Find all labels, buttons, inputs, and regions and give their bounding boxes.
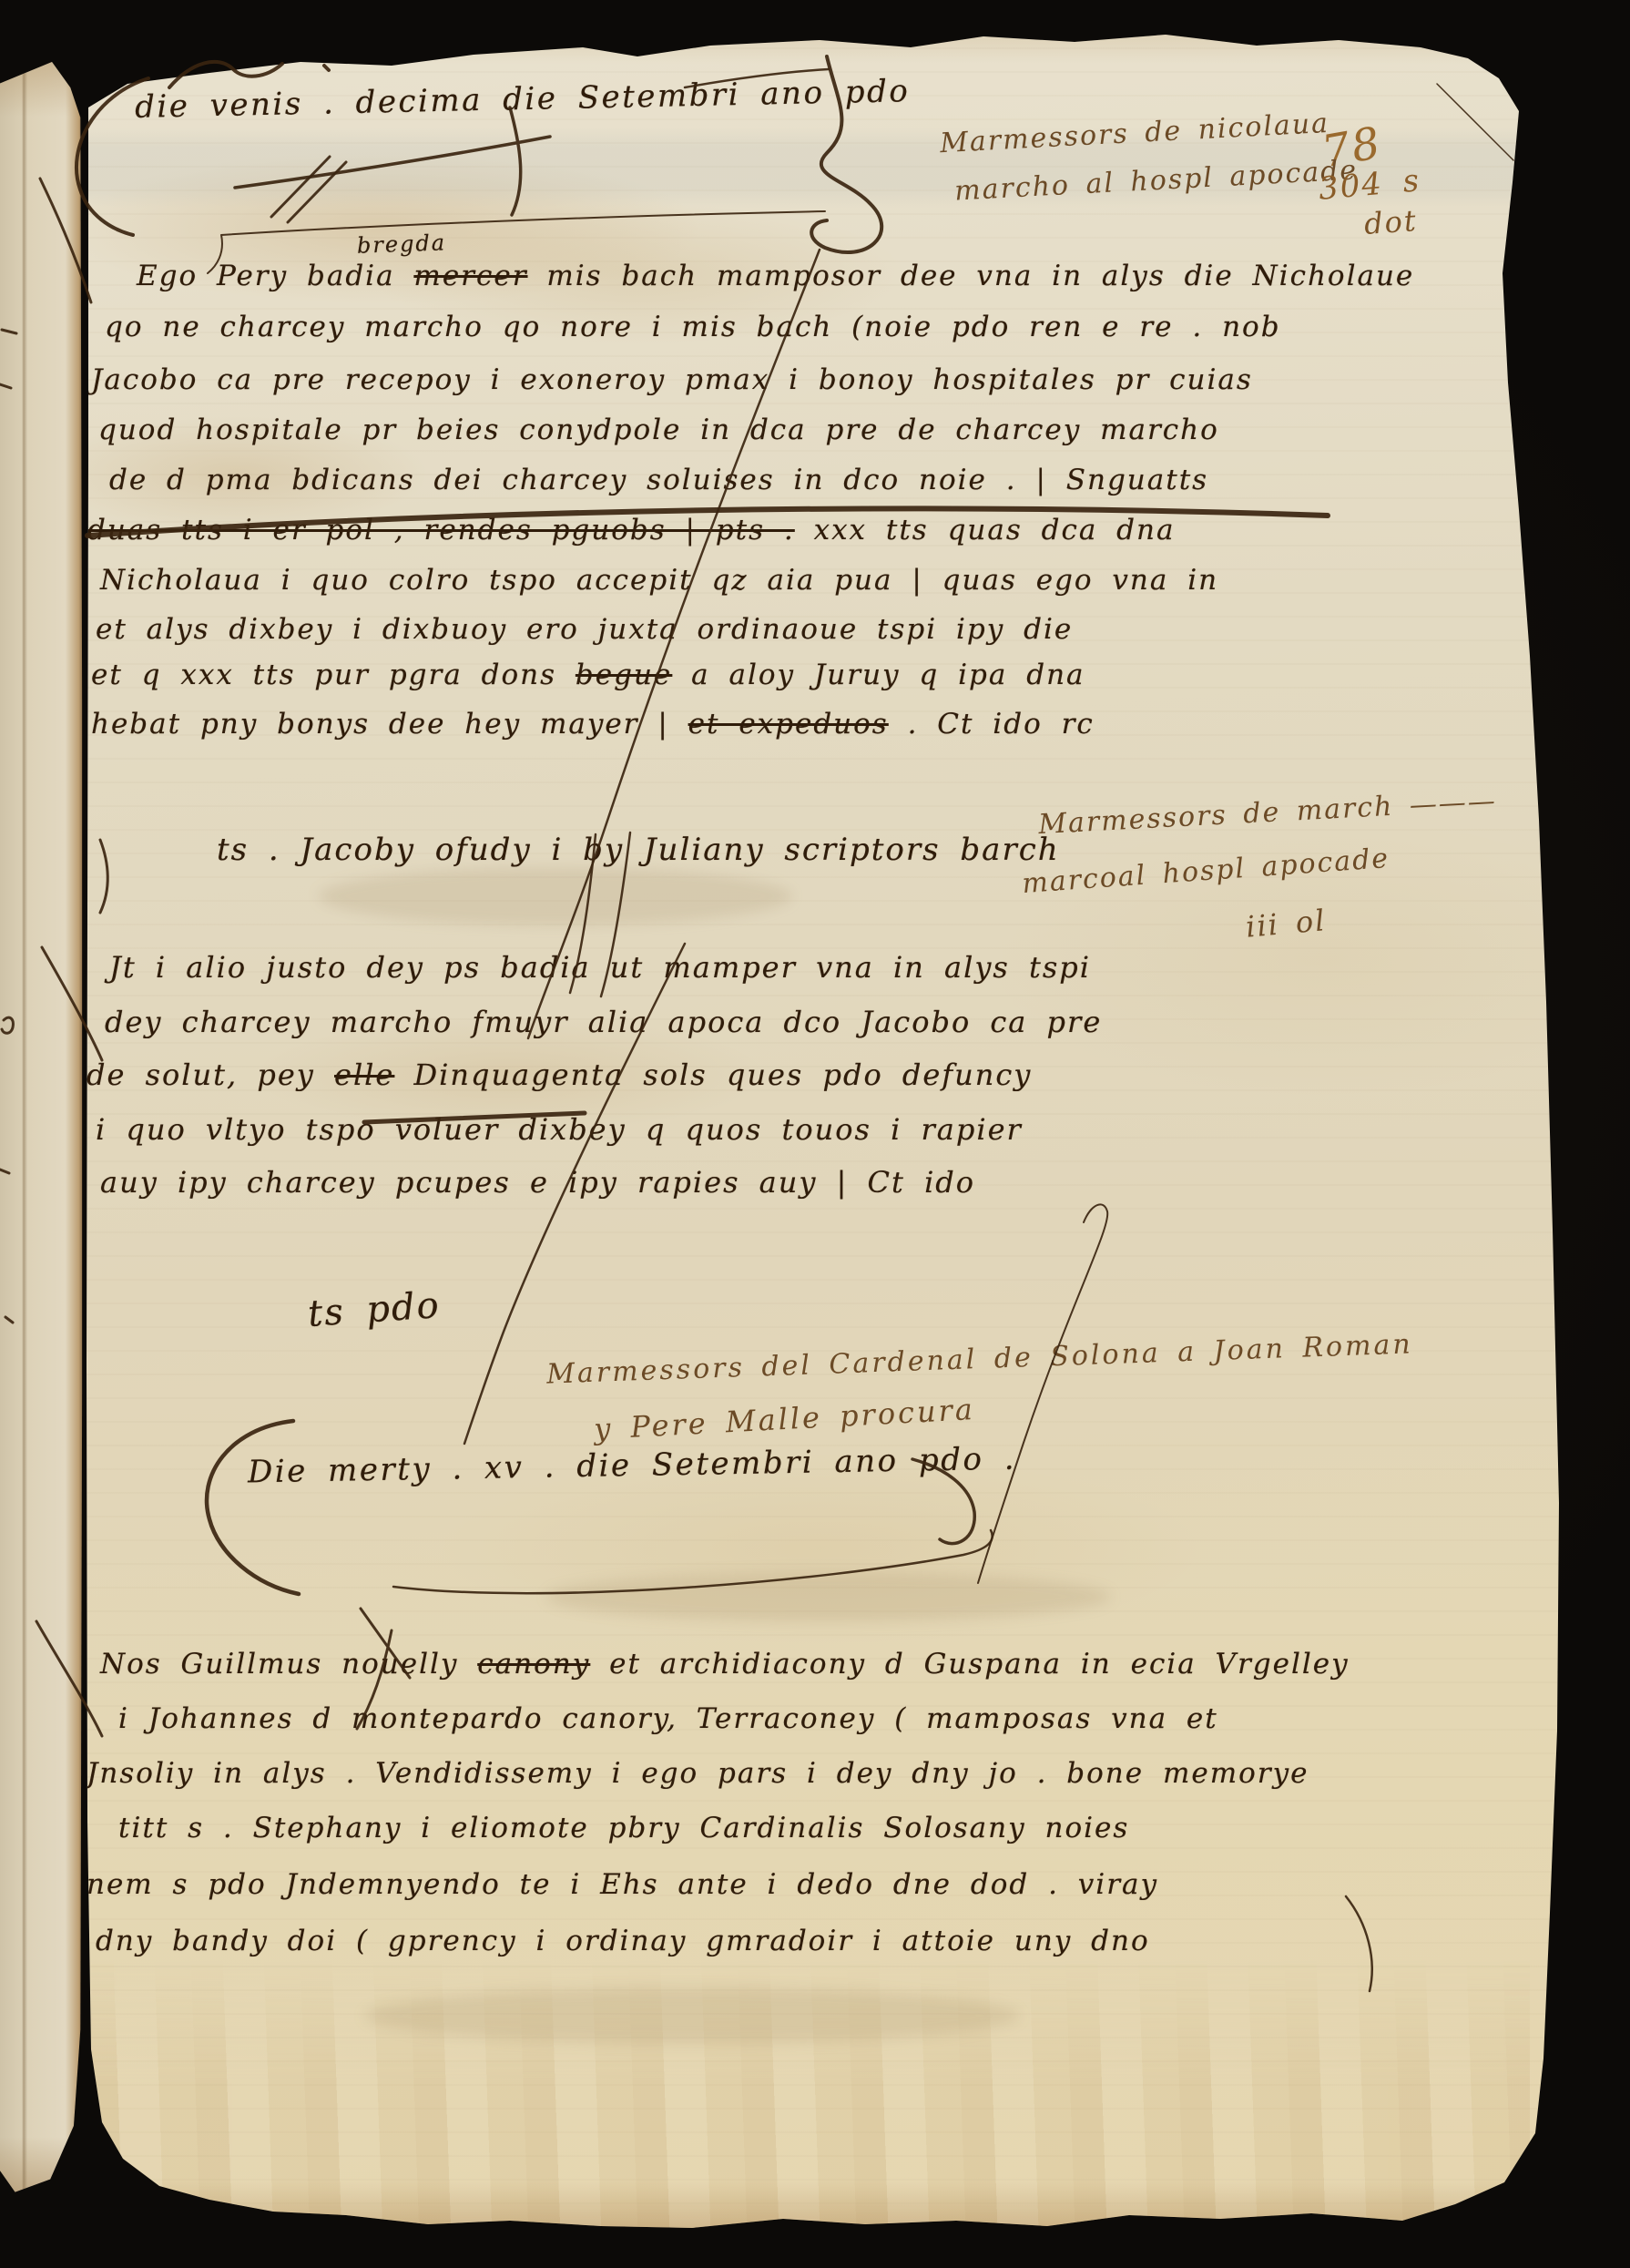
verso-ink-showthrough [364,1987,1020,2044]
entry3-line-2: i Johannes d montepardo canory, Terracon… [118,1705,1218,1733]
facing-page-edge [0,62,84,2201]
entry2-line-3-text: de solut, pey [87,1057,334,1092]
entry2-line-1: Jt i alio justo dey ps badia ut mamper v… [109,953,1091,982]
registry-reference: 304 s [1318,165,1422,205]
entry3-line-5: nem s pdo Jndemnyendo te i Ehs ante i de… [87,1871,1158,1899]
strikethrough-text: duas tts i er pol , rendes pguobs | pts … [87,514,795,547]
entry1-line-4: quod hospitale pr beies conydpole in dca… [98,416,1219,444]
entry3-dateline: Die merty . xv . die Setembri ano pdo . [248,1444,1017,1488]
entry2-closing: ts pdo [307,1287,442,1333]
manuscript-scan: die venis . decima die Setembri ano pdo … [0,0,1630,2268]
entry1-line-5: de d pma bdicans dei charcey soluises in… [109,466,1208,495]
marginal-note-3-line-2: y Pere Malle procura [593,1395,975,1444]
marginal-note-2-line-1: Marmessors de march ——— [1038,788,1498,839]
entry1-line-9-text: et q xxx tts pur pgra dons [91,659,576,691]
entry1-line-7: Nicholaua i quo colro tspo accepit qz ai… [100,567,1218,595]
entry3-line-6: dny bandy doi ( gprency i ordinay gmrado… [96,1927,1150,1956]
entry1-line-10: hebat pny bonys dee hey mayer | et exped… [91,710,1095,739]
entry1-line-2: qo ne charcey marcho qo nore i mis bach … [105,313,1281,342]
strikethrough-text: mercer [413,260,527,292]
marginal-note-1-line-2: marcho al hospl apocade [954,157,1359,205]
entry3-line-1: Nos Guillmus nouelly canony et archidiac… [100,1650,1350,1679]
entry1-line-9-text: a aloy Juruy q ipa dna [672,659,1085,691]
entry3-line-4: titt s . Stephany i eliomote pbry Cardin… [118,1814,1129,1843]
entry2-line-5: auy ipy charcey pcupes e ipy rapies auy … [100,1168,975,1197]
entry2-line-2: dey charcey marcho fmuyr alia apoca dco … [105,1007,1102,1037]
entry1-line-6: duas tts i er pol , rendes pguobs | pts … [87,516,1175,545]
marginal-note-3-line-1: Marmessors del Cardenal de Solona a Joan… [546,1331,1413,1388]
entry2-line-4: i quo vltyo tspo voluer dixbey q quos to… [96,1115,1023,1144]
entry1-line-1-text: Ego Pery badia [137,260,413,292]
marginal-note-1-line-1: Marmessors de nicolaua [940,110,1330,158]
entry2-line-3-text: Dinquagenta sols ques pdo defuncy [394,1057,1032,1092]
entry3-line-3: Jnsoliy in alys . Vendidissemy i ego par… [87,1760,1309,1788]
strikethrough-text: et expeduos [688,708,889,741]
entry1-witness-line: ts . Jacoby ofudy i by Juliany scriptors… [217,834,1060,865]
entry3-line-1-text: et archidiacony d Guspana in ecia Vrgell… [590,1648,1349,1681]
entry1-line-3: Jacobo ca pre recepoy i exoneroy pmax i … [91,366,1253,394]
verso-ink-showthrough [546,1572,1111,1621]
entry1-line-1: Ego Pery badia mercer mis bach mamposor … [137,262,1414,291]
marginal-note-2-line-3: iii ol [1245,905,1328,942]
entry1-line-1-text: mis bach mamposor dee vna in alys die Ni… [528,260,1415,292]
entry2-line-3: de solut, pey elle Dinquagenta sols ques… [87,1060,1032,1089]
entry1-line-10-text: hebat pny bonys dee hey mayer | [91,708,688,741]
strikethrough-text: elle [334,1057,394,1092]
manuscript-page: die venis . decima die Setembri ano pdo … [0,0,1630,2268]
marginal-note-2-line-2: marcoal hospl apocade [1021,845,1391,898]
entry1-dateline: die venis . decima die Setembri ano pdo [135,76,911,123]
strikethrough-text: canony [477,1648,590,1681]
entry1-line-8: et alys dixbey i dixbuoy ero juxta ordin… [96,616,1073,644]
entry1-line-6-text: xxx tts quas dca dna [795,514,1176,547]
entry1-line-10-text: . Ct ido rc [889,708,1095,741]
marginal-note-1-note: dot [1363,206,1419,239]
strikethrough-text: begue [576,659,672,691]
entry3-line-1-text: Nos Guillmus nouelly [100,1648,477,1681]
interlinear-addition: bregda [357,231,447,256]
verso-ink-showthrough [319,867,792,925]
entry1-line-9: et q xxx tts pur pgra dons begue a aloy … [91,661,1085,690]
